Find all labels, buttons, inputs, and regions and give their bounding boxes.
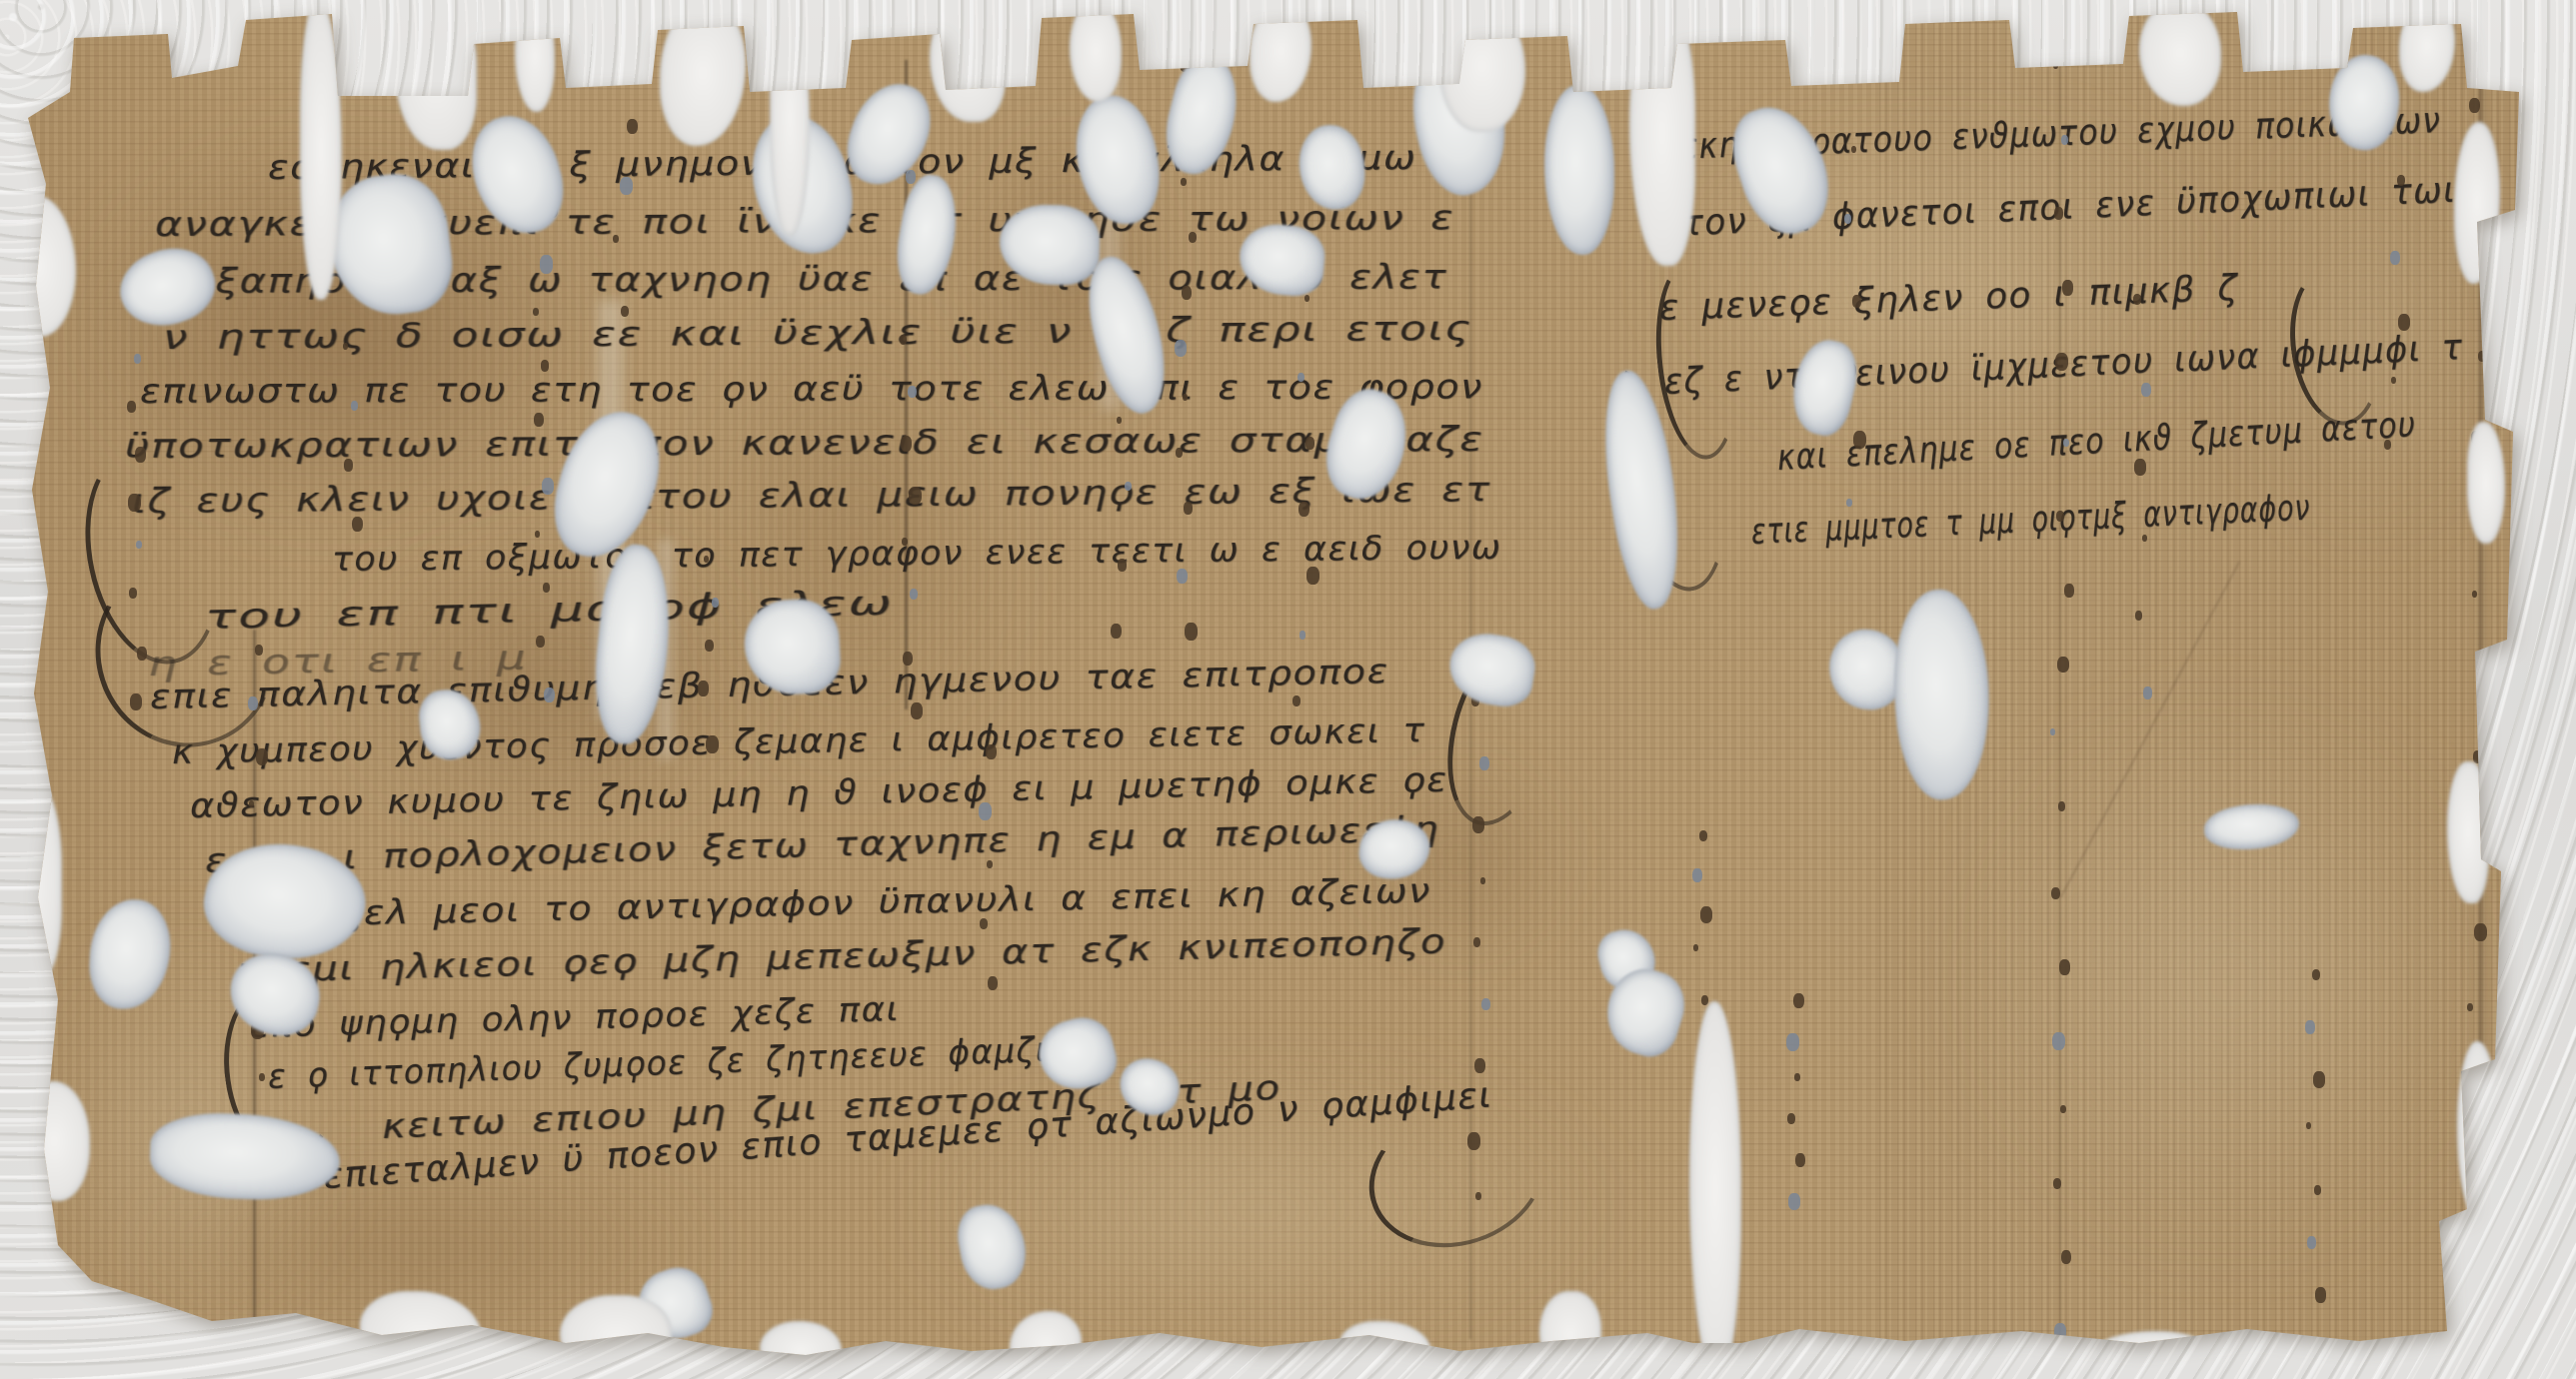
edge-bite [2139, 0, 2221, 106]
edge-bite [2454, 122, 2500, 284]
worm-hole [2308, 1338, 2321, 1356]
hole [588, 542, 679, 747]
hole [417, 687, 484, 762]
edge-bite [360, 1291, 482, 1379]
hole [1544, 85, 1614, 255]
hole [1444, 629, 1539, 710]
edge-bite [300, 0, 342, 300]
hole-layer [0, 0, 2576, 1379]
edge-bite [1439, 0, 1525, 132]
edge-bite [760, 1321, 842, 1379]
worm-hole [2475, 1083, 2483, 1094]
edge-bite [395, 0, 477, 150]
hole [87, 897, 173, 1011]
hole [999, 204, 1100, 286]
seam-line [2479, 80, 2483, 1339]
hole [149, 1111, 342, 1203]
edge-bite [2447, 761, 2489, 903]
hole [2323, 51, 2406, 155]
edge-bite [0, 779, 62, 981]
edge-bite [930, 0, 1006, 122]
hole [743, 598, 843, 697]
hole [1356, 815, 1433, 883]
hole [1069, 90, 1166, 230]
hole [1296, 123, 1367, 212]
hole [1156, 49, 1248, 181]
edge-bite [515, 0, 555, 112]
edge-bite [1339, 1321, 1431, 1379]
edge-bite [560, 1295, 672, 1379]
hole [1114, 1052, 1187, 1121]
worm-hole [2469, 1323, 2474, 1330]
hole [890, 171, 965, 299]
edge-bite [1250, 0, 1311, 102]
hole [953, 1199, 1032, 1294]
edge-bite [2089, 1331, 2211, 1379]
hole [322, 168, 458, 322]
edge-bite [1010, 1311, 1082, 1379]
hole [542, 400, 673, 569]
edge-bite [1070, 0, 1122, 102]
hole [1032, 1010, 1123, 1097]
edge-bite [2467, 422, 2505, 544]
worm-hole [2480, 671, 2487, 681]
hole [1591, 366, 1693, 613]
worm-hole [2468, 1163, 2478, 1177]
hole [460, 106, 575, 245]
hole [1721, 95, 1842, 245]
photo-backing: εσχηκεναι πε ξ μνημονων αυτον μξ κη αλλη… [0, 0, 2576, 1379]
hole [1314, 381, 1419, 509]
edge-bite [1539, 1291, 1601, 1379]
hole [110, 236, 225, 339]
edge-bite [18, 1081, 90, 1201]
edge-bite [2399, 0, 2455, 92]
hole [2204, 803, 2300, 850]
papyrus-fragment-wrapper: εσχηκεναι πε ξ μνημονων αυτον μξ κη αλλη… [0, 0, 2576, 1379]
worm-hole [2481, 843, 2492, 858]
hole [223, 946, 328, 1043]
edge-bite [1629, 0, 1695, 266]
edge-bite [770, 0, 810, 236]
papyrus-fragment: εσχηκεναι πε ξ μνημονων αυτον μξ κη αλλη… [0, 0, 2576, 1379]
hole [1784, 334, 1864, 440]
edge-bite [2457, 1041, 2499, 1223]
edge-bite [0, 195, 76, 337]
edge-bite [660, 0, 746, 146]
hole [1885, 586, 1998, 802]
hole [1237, 221, 1327, 298]
worm-hole [2476, 1243, 2488, 1260]
edge-bite [1689, 1001, 1741, 1379]
hole [195, 830, 374, 973]
